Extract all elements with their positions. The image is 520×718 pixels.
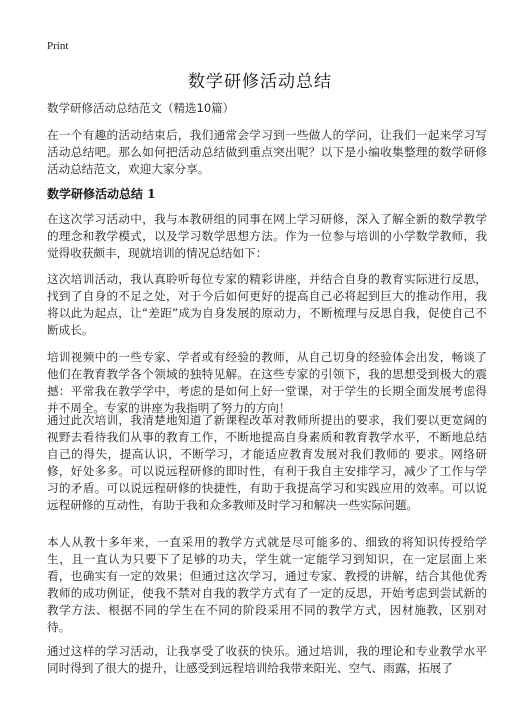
body-paragraph-4: 通过此次培训，我清楚地知道了新课程改革对教师所提出的要求，我们要以更宽阔的视野去…: [47, 412, 487, 514]
document-subtitle: 数学研修活动总结范文（精选10篇）: [47, 100, 234, 116]
print-label: Print: [47, 40, 68, 52]
body-paragraph-5: 本人从教十多年来，一直采用的教学方式就是尽可能多的、细致的将知识传授给学生，且一…: [47, 534, 487, 636]
body-paragraph-6: 通过这样的学习活动，让我享受了收获的快乐。通过培训，我的理论和专业教学水平同时得…: [47, 643, 487, 677]
document-title: 数学研修活动总结: [0, 67, 520, 92]
body-paragraph-1: 在这次学习活动中，我与本教研组的同事在网上学习研修，深入了解全新的数学教学的理念…: [47, 211, 487, 262]
body-paragraph-2: 这次培训活动，我认真聆听每位专家的精彩讲座，并结合自身的教育实际进行反思，找到了…: [47, 271, 487, 339]
body-paragraph-3: 培训视频中的一些专家、学者或有经验的教师，从自己切身的经验体会出发，畅谈了他们在…: [47, 349, 487, 417]
document-page: Print 数学研修活动总结 数学研修活动总结范文（精选10篇） 在一个有趣的活…: [0, 0, 520, 718]
section-heading: 数学研修活动总结 1: [47, 185, 156, 202]
intro-paragraph: 在一个有趣的活动结束后，我们通常会学习到一些做人的学问，让我们一起来学习写活动总…: [47, 127, 487, 178]
